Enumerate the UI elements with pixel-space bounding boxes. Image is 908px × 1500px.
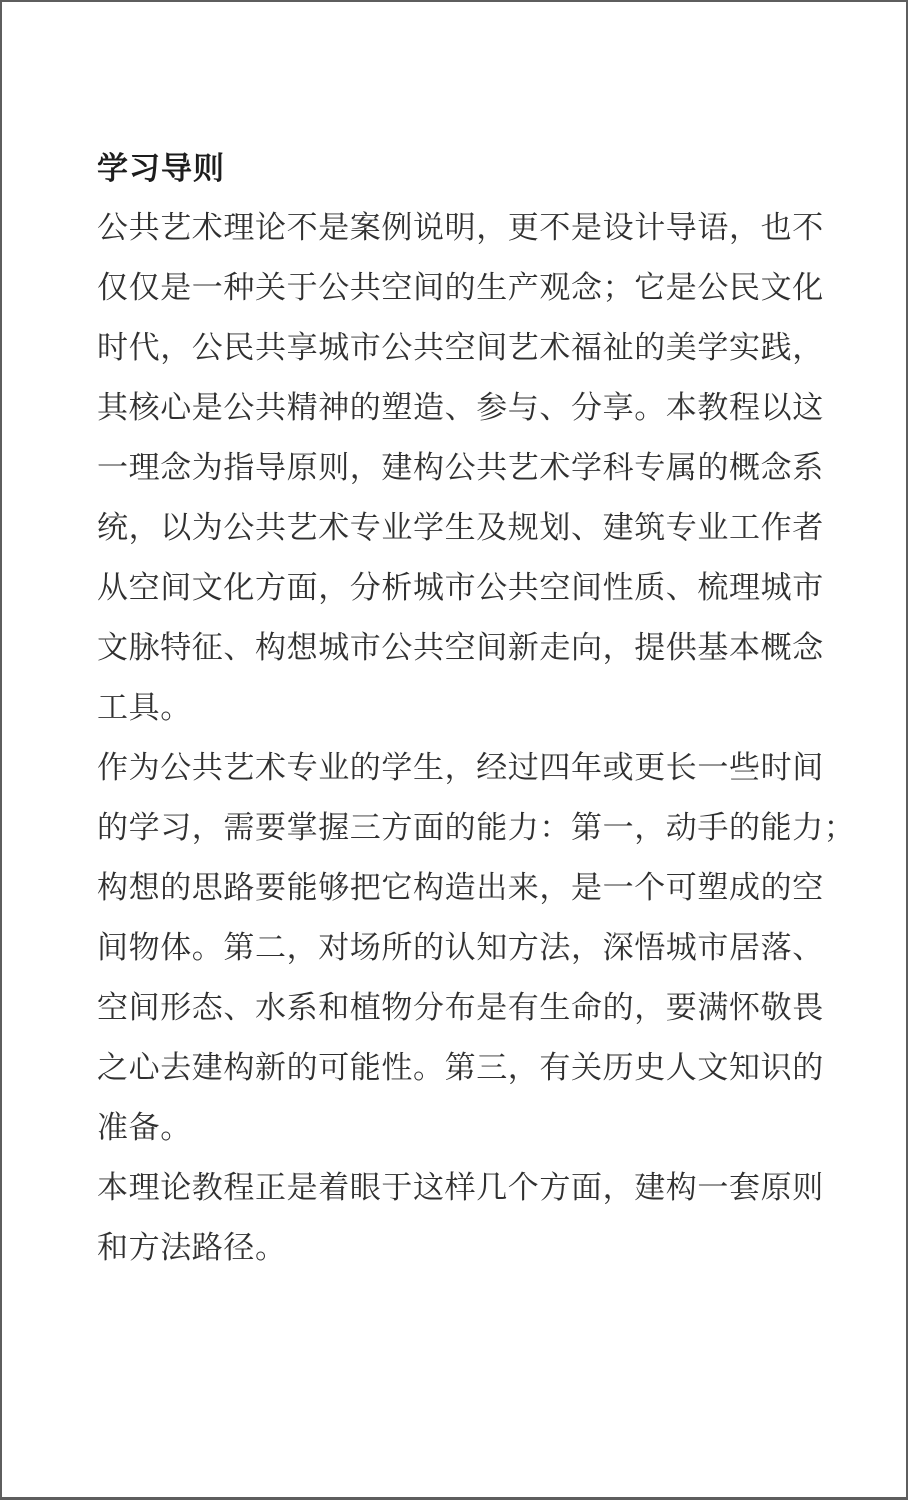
- text-line: 时代，公民共享城市公共空间艺术福祉的美学实践，: [97, 318, 816, 378]
- page-content: 学习导则 公共艺术理论不是案例说明，更不是设计导语，也不仅仅是一种关于公共空间的…: [2, 2, 906, 1278]
- text-line: 和方法路径。: [97, 1218, 816, 1278]
- page-title: 学习导则: [97, 148, 816, 190]
- text-line: 统，以为公共艺术专业学生及规划、建筑专业工作者: [97, 498, 816, 558]
- text-line: 本理论教程正是着眼于这样几个方面，建构一套原则: [97, 1158, 816, 1218]
- text-line: 之心去建构新的可能性。第三，有关历史人文知识的: [97, 1038, 816, 1098]
- text-line: 准备。: [97, 1098, 816, 1158]
- text-line: 间物体。第二，对场所的认知方法，深悟城市居落、: [97, 918, 816, 978]
- text-line: 公共艺术理论不是案例说明，更不是设计导语，也不: [97, 198, 816, 258]
- text-line: 一理念为指导原则，建构公共艺术学科专属的概念系: [97, 438, 816, 498]
- body-text-block: 公共艺术理论不是案例说明，更不是设计导语，也不仅仅是一种关于公共空间的生产观念；…: [97, 198, 816, 1278]
- text-line: 构想的思路要能够把它构造出来，是一个可塑成的空: [97, 858, 816, 918]
- text-line: 工具。: [97, 678, 816, 738]
- text-line: 作为公共艺术专业的学生，经过四年或更长一些时间: [97, 738, 816, 798]
- text-line: 其核心是公共精神的塑造、参与、分享。本教程以这: [97, 378, 816, 438]
- text-line: 文脉特征、构想城市公共空间新走向，提供基本概念: [97, 618, 816, 678]
- text-line: 空间形态、水系和植物分布是有生命的，要满怀敬畏: [97, 978, 816, 1038]
- scanned-book-page: { "page": { "title": "学习导则", "paragraphs…: [0, 0, 908, 1500]
- text-line: 仅仅是一种关于公共空间的生产观念；它是公民文化: [97, 258, 816, 318]
- text-line: 从空间文化方面，分析城市公共空间性质、梳理城市: [97, 558, 816, 618]
- text-line: 的学习，需要掌握三方面的能力：第一，动手的能力；: [97, 798, 816, 858]
